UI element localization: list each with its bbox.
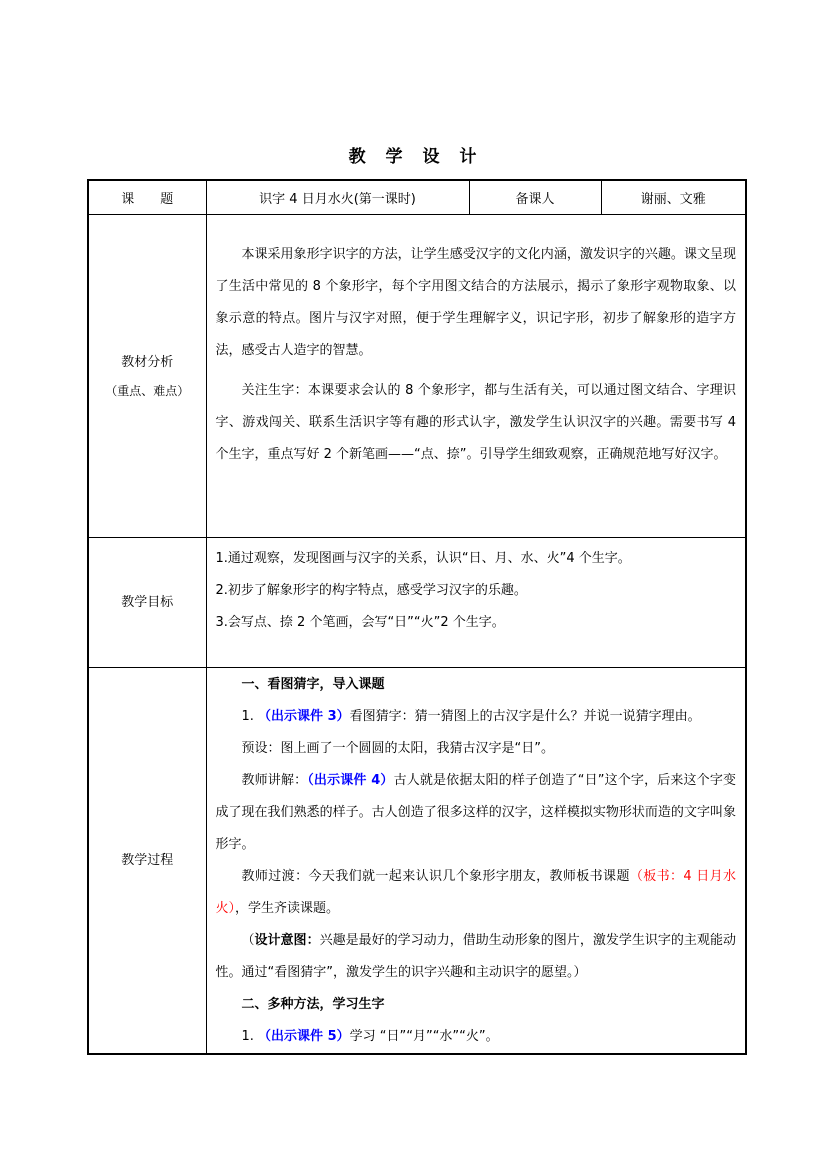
- process-heading-2: 二、多种方法，学习生字: [216, 989, 737, 1021]
- teacher-explain-lead: 教师讲解：: [242, 773, 308, 788]
- teacher-transition-tail: ，学生齐读课题。: [235, 901, 339, 916]
- process-label-cell: 教学过程: [88, 668, 206, 1055]
- design-intent-open: （: [242, 933, 255, 948]
- process-teacher-explain: 教师讲解：（出示课件 4）古人就是依据太阳的样子创造了“日”这个字，后来这个字变…: [216, 765, 737, 861]
- preparer-label: 备课人: [515, 192, 554, 207]
- course-label-cell: 课 题: [88, 180, 206, 215]
- course-value-cell: 识字 4 日月水火(第一课时): [206, 180, 469, 215]
- material-analysis-sublabel: （重点、难点）: [90, 378, 205, 404]
- step-1-text: 看图猜字：猜一猜图上的古汉字是什么？并说一说猜字理由。: [350, 709, 701, 724]
- teacher-transition-lead: 教师过渡：今天我们就一起来认识几个象形字朋友，教师板书课题: [242, 869, 630, 884]
- header-row: 课 题 识字 4 日月水火(第一课时) 备课人 谢丽、文雅: [88, 180, 746, 215]
- document-page: 教 学 设 计 课 题 识字 4 日月水火(第一课时) 备课人 谢丽、文雅: [0, 0, 827, 1170]
- process-label: 教学过程: [90, 846, 205, 876]
- objectives-row: 教学目标 1.通过观察，发现图画与汉字的关系，认识“日、月、水、火”4 个生字。…: [88, 538, 746, 668]
- process-teacher-transition: 教师过渡：今天我们就一起来认识几个象形字朋友，教师板书课题（板书：4 日月水火）…: [216, 861, 737, 925]
- material-analysis-row: 教材分析 （重点、难点） 本课采用象形字识字的方法，让学生感受汉字的文化内涵，激…: [88, 215, 746, 538]
- process-row: 教学过程 一、看图猜字，导入课题 1. （出示课件 3）看图猜字：猜一猜图上的古…: [88, 668, 746, 1055]
- material-analysis-paragraph-2: 关注生字：本课要求会认的 8 个象形字，都与生活有关，可以通过图文结合、字理识字…: [216, 375, 737, 471]
- course-value: 识字 4 日月水火(第一课时): [259, 192, 416, 207]
- step-number-2: 1.: [242, 1029, 259, 1044]
- courseware-cue-5: （出示课件 5）: [258, 1029, 350, 1044]
- doc-title: 教 学 设 计: [87, 0, 745, 168]
- process-heading-1: 一、看图猜字，导入课题: [216, 669, 737, 701]
- step-2-text: 学习 “日”“月”“水”“火”。: [350, 1029, 499, 1044]
- step-number: 1.: [242, 709, 259, 724]
- process-design-intent: （设计意图：兴趣是最好的学习动力，借助生动形象的图片，激发学生识字的主观能动性。…: [216, 925, 737, 989]
- material-analysis-label-cell: 教材分析 （重点、难点）: [88, 215, 206, 538]
- preparer-value-cell: 谢丽、文雅: [601, 180, 746, 215]
- process-content-cell: 一、看图猜字，导入课题 1. （出示课件 3）看图猜字：猜一猜图上的古汉字是什么…: [206, 668, 746, 1055]
- preparer-label-cell: 备课人: [469, 180, 601, 215]
- process-step-2: 1. （出示课件 5）学习 “日”“月”“水”“火”。: [216, 1021, 737, 1053]
- course-label: 课 题: [121, 192, 173, 207]
- process-anticipation: 预设：图上画了一个圆圆的太阳，我猜古汉字是“日”。: [216, 733, 737, 765]
- design-intent-label: 设计意图：: [255, 933, 320, 948]
- courseware-cue-4: （出示课件 4）: [307, 773, 393, 788]
- material-analysis-label: 教材分析: [90, 348, 205, 378]
- objectives-label-cell: 教学目标: [88, 538, 206, 668]
- preparer-value: 谢丽、文雅: [641, 192, 706, 207]
- objective-item-3: 3.会写点、捺 2 个笔画，会写“日”“火”2 个生字。: [216, 607, 737, 639]
- courseware-cue-3: （出示课件 3）: [258, 709, 350, 724]
- material-analysis-content-cell: 本课采用象形字识字的方法，让学生感受汉字的文化内涵，激发识字的兴趣。课文呈现了生…: [206, 215, 746, 538]
- objective-item-1: 1.通过观察，发现图画与汉字的关系，认识“日、月、水、火”4 个生字。: [216, 543, 737, 575]
- objectives-label: 教学目标: [90, 588, 205, 618]
- material-analysis-paragraph-1: 本课采用象形字识字的方法，让学生感受汉字的文化内涵，激发识字的兴趣。课文呈现了生…: [216, 239, 737, 367]
- process-step-1: 1. （出示课件 3）看图猜字：猜一猜图上的古汉字是什么？并说一说猜字理由。: [216, 701, 737, 733]
- objective-item-2: 2.初步了解象形字的构字特点，感受学习汉字的乐趣。: [216, 575, 737, 607]
- lesson-plan-table: 课 题 识字 4 日月水火(第一课时) 备课人 谢丽、文雅 教材分析 （重点、难…: [87, 179, 747, 1055]
- objectives-content-cell: 1.通过观察，发现图画与汉字的关系，认识“日、月、水、火”4 个生字。 2.初步…: [206, 538, 746, 668]
